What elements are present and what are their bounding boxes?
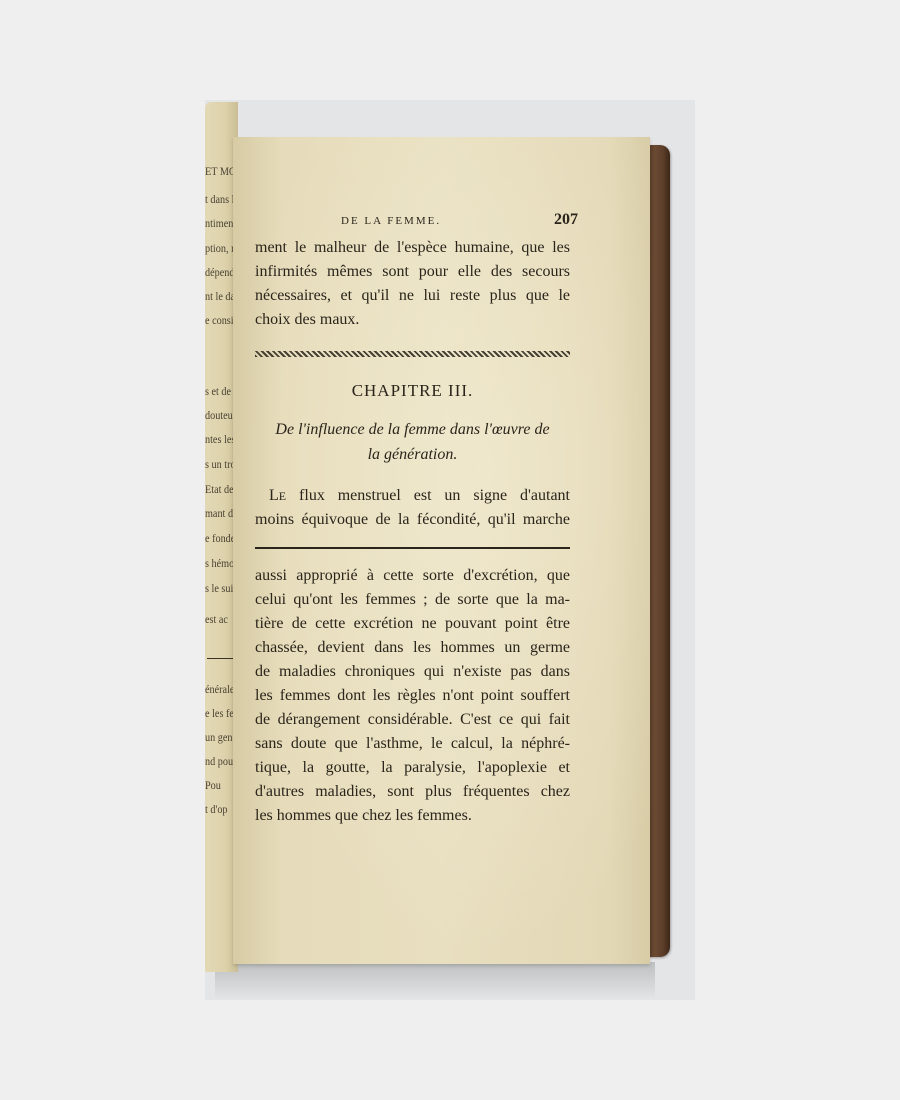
left-fragment: un gen	[205, 730, 232, 745]
text-line: moins équivoque de la fécondité, qu'il m…	[255, 509, 570, 531]
right-page: DE LA FEMME. 207 ment le malheur de l'es…	[233, 137, 650, 964]
running-head: DE LA FEMME. 207	[255, 211, 570, 231]
footnote-line: tique, la goutte, la paralysie, l'apople…	[255, 757, 570, 779]
footnote-line: les femmes dont les règles n'ont point s…	[255, 685, 570, 707]
chapter-subtitle-line: la génération.	[255, 442, 570, 467]
text-line: choix des maux.	[255, 309, 570, 331]
left-fragment: nd pou	[205, 754, 233, 769]
left-page-rule	[207, 658, 233, 659]
footnote-line: d'autres maladies, sont plus fréquentes …	[255, 781, 570, 803]
left-fragment: s un tro	[205, 457, 236, 472]
text-line: nécessaires, et qu'il ne lui reste plus …	[255, 285, 570, 307]
footnote-line: chassée, devient dans les hommes un germ…	[255, 637, 570, 659]
drop-letter: L	[269, 487, 279, 504]
chapter-subtitle: De l'influence de la femme dans l'œuvre …	[255, 417, 570, 467]
left-fragment: énérale	[205, 682, 234, 697]
footnote-line: de dérangement considérable. C'est ce qu…	[255, 709, 570, 731]
footnote-line: les hommes que chez les femmes.	[255, 805, 570, 827]
footnote-rule	[255, 547, 570, 549]
text-line: ment le malheur de l'espèce humaine, que…	[255, 237, 570, 259]
text-line: infirmités mêmes sont pour elle des seco…	[255, 261, 570, 283]
opening-rest: flux menstruel est un signe d'autant	[286, 487, 570, 504]
footnote-line: celui qu'ont les femmes ; de sorte que l…	[255, 589, 570, 611]
footnote-line: aussi approprié à cette sorte d'excrétio…	[255, 565, 570, 587]
ornamental-rule	[255, 351, 570, 357]
page-number: 207	[554, 211, 578, 229]
footnote-line: sans doute que l'asthme, le calcul, la n…	[255, 733, 570, 755]
left-fragment: est ac	[205, 612, 228, 627]
chapter-opening-line: LE flux menstruel est un signe d'autant	[255, 485, 570, 507]
footnote-line: de maladies chroniques qui n'existe pas …	[255, 661, 570, 683]
left-fragment: Pou	[205, 778, 221, 793]
chapter-title: CHAPITRE III.	[255, 381, 570, 401]
chapter-subtitle-line: De l'influence de la femme dans l'œuvre …	[255, 417, 570, 442]
book-shadow	[215, 962, 655, 1000]
footnote-line: tière de cette excrétion ne pouvant poin…	[255, 613, 570, 635]
left-fragment: t d'op	[205, 802, 228, 817]
running-title: DE LA FEMME.	[341, 215, 441, 227]
left-fragment: s le sui	[205, 581, 233, 596]
